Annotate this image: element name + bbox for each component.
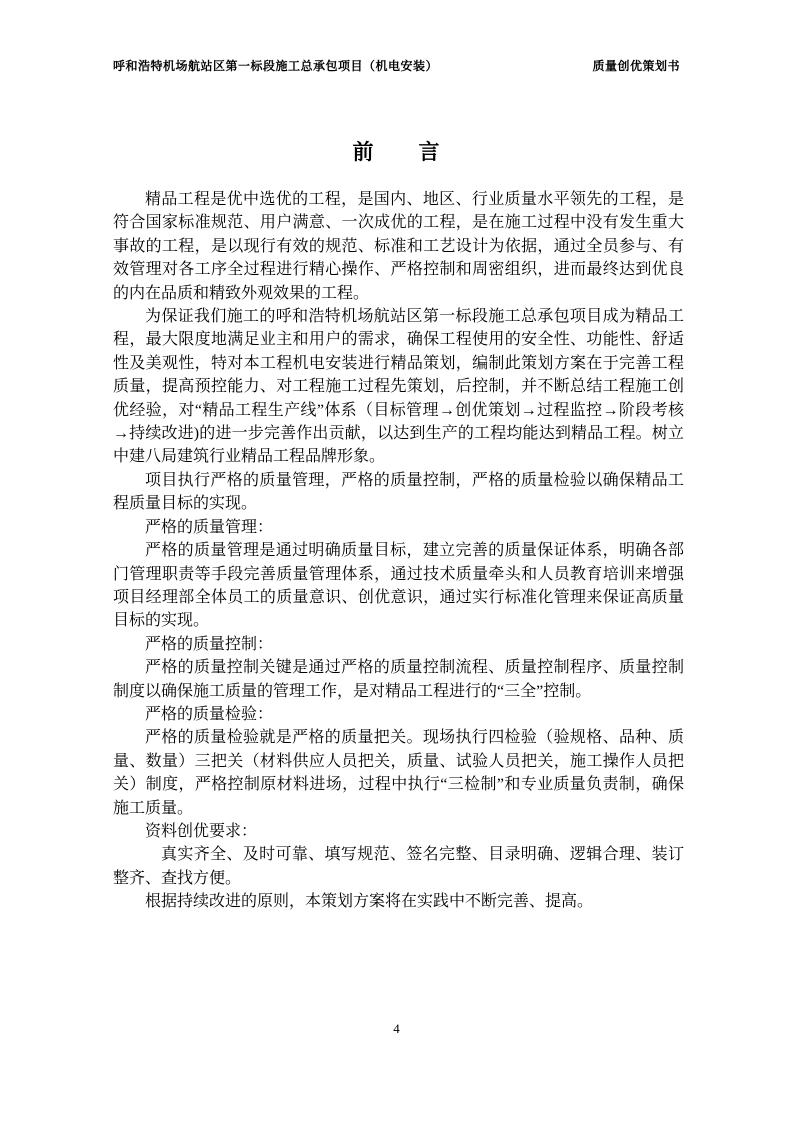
document-body: 精品工程是优中选优的工程，是国内、地区、行业质量水平领先的工程，是符合国家标准规…	[113, 188, 684, 914]
body-paragraph: 严格的质量管理是通过明确质量目标，建立完善的质量保证体系，明确各部门管理职责等手…	[113, 539, 684, 633]
page-header: 呼和浩特机场航站区第一标段施工总承包项目（机电安装） 质量创优策划书	[113, 57, 680, 74]
body-paragraph: 精品工程是优中选优的工程，是国内、地区、行业质量水平领先的工程，是符合国家标准规…	[113, 188, 684, 305]
page-footer: 4	[0, 1021, 793, 1037]
page-number: 4	[393, 1021, 400, 1036]
body-paragraph: 项目执行严格的质量管理，严格的质量控制，严格的质量检验以确保精品工程质量目标的实…	[113, 469, 684, 516]
document-page: 呼和浩特机场航站区第一标段施工总承包项目（机电安装） 质量创优策划书 前 言 精…	[0, 0, 793, 1122]
header-right-title: 质量创优策划书	[592, 57, 680, 74]
body-paragraph: 资料创优要求：	[113, 820, 684, 843]
body-paragraph: 根据持续改进的原则，本策划方案将在实践中不断完善、提高。	[113, 890, 684, 913]
body-paragraph: 严格的质量检验就是严格的质量把关。现场执行四检验（验规格、品种、质量、数量）三把…	[113, 726, 684, 820]
body-paragraph: 为保证我们施工的呼和浩特机场航站区第一标段施工总承包项目成为精品工程，最大限度地…	[113, 305, 684, 469]
header-left-title: 呼和浩特机场航站区第一标段施工总承包项目（机电安装）	[113, 57, 438, 74]
body-paragraph: 严格的质量控制：	[113, 633, 684, 656]
body-paragraph: 严格的质量检验：	[113, 703, 684, 726]
document-title: 前 言	[0, 136, 793, 166]
body-paragraph: 严格的质量管理：	[113, 516, 684, 539]
body-paragraph: 真实齐全、及时可靠、填写规范、签名完整、目录明确、逻辑合理、装订整齐、查找方便。	[113, 843, 684, 890]
body-paragraph: 严格的质量控制关键是通过严格的质量控制流程、质量控制程序、质量控制制度以确保施工…	[113, 656, 684, 703]
